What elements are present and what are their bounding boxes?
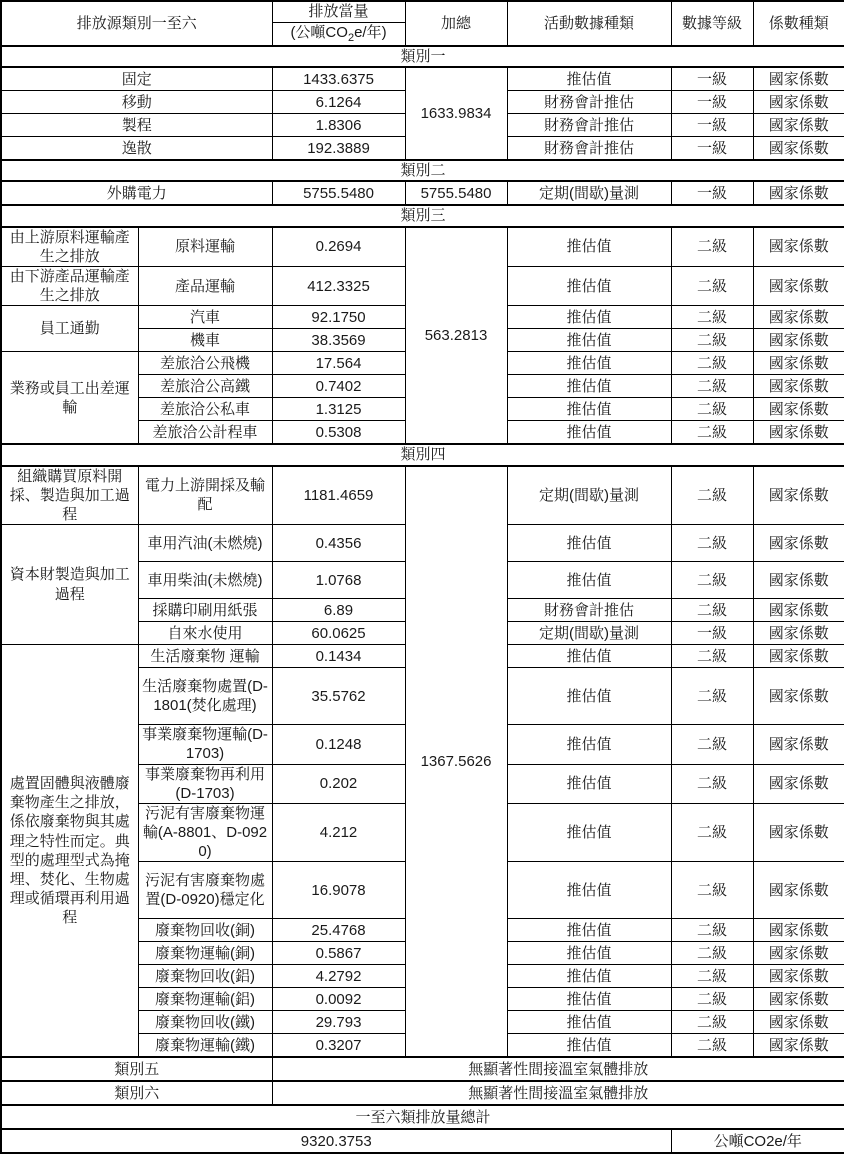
source-item-label: 差旅洽公計程車 [138, 421, 272, 445]
emission-amount: 29.793 [272, 1011, 405, 1034]
source-group-label: 員工通勤 [1, 306, 138, 352]
category-divider-label: 類別三 [1, 205, 844, 226]
emission-amount: 0.2694 [272, 227, 405, 267]
activity-data-type: 推估值 [507, 267, 671, 306]
activity-data-type: 推估值 [507, 562, 671, 599]
coefficient-type: 國家係數 [753, 919, 844, 942]
coefficient-type: 國家係數 [753, 181, 844, 205]
coefficient-type: 國家係數 [753, 942, 844, 965]
source-item-label: 事業廢棄物再利用(D-1703) [138, 764, 272, 803]
coefficient-type: 國家係數 [753, 267, 844, 306]
activity-data-type: 推估值 [507, 525, 671, 562]
emission-amount: 0.202 [272, 764, 405, 803]
category-sum: 1367.5626 [405, 466, 507, 1058]
data-level: 二級 [671, 668, 753, 725]
source-item-label: 車用汽油(未燃燒) [138, 525, 272, 562]
data-level: 二級 [671, 599, 753, 622]
coefficient-type: 國家係數 [753, 764, 844, 803]
data-level: 二級 [671, 645, 753, 668]
activity-data-type: 推估值 [507, 668, 671, 725]
data-level: 二級 [671, 919, 753, 942]
activity-data-type: 推估值 [507, 398, 671, 421]
data-level: 二級 [671, 466, 753, 525]
data-level: 二級 [671, 942, 753, 965]
emission-amount: 1.8306 [272, 114, 405, 137]
category-sum: 563.2813 [405, 227, 507, 445]
coefficient-type: 國家係數 [753, 466, 844, 525]
emission-amount: 0.5308 [272, 421, 405, 445]
data-level: 一級 [671, 137, 753, 161]
source-item-label: 污泥有害廢棄物運輸(A-8801、D-0920) [138, 803, 272, 862]
data-level: 二級 [671, 267, 753, 306]
coefficient-type: 國家係數 [753, 803, 844, 862]
emission-amount: 0.1248 [272, 725, 405, 764]
source-item-label: 廢棄物運輸(銅) [138, 942, 272, 965]
header-row-1: 排放源類別一至六 排放當量 加總 活動數據種類 數據等級 係數種類 [1, 1, 844, 23]
col-header-source: 排放源類別一至六 [1, 1, 272, 46]
emission-amount: 60.0625 [272, 622, 405, 645]
data-level: 二級 [671, 1034, 753, 1058]
activity-data-type: 財務會計推估 [507, 137, 671, 161]
no-significant-emission-note: 無顯著性間接溫室氣體排放 [272, 1081, 844, 1105]
activity-data-type: 推估值 [507, 306, 671, 329]
grand-total-unit: 公噸CO2e/年 [671, 1129, 844, 1153]
source-group-label: 處置固體與液體廢棄物產生之排放，係依廢棄物與其處理之特性而定。典型的處理型式為掩… [1, 645, 138, 1058]
emission-amount: 0.7402 [272, 375, 405, 398]
coefficient-type: 國家係數 [753, 306, 844, 329]
table-row: 類別一 [1, 46, 844, 67]
activity-data-type: 推估值 [507, 942, 671, 965]
activity-data-type: 推估值 [507, 645, 671, 668]
emission-amount: 0.3207 [272, 1034, 405, 1058]
source-item-label: 廢棄物回收(銅) [138, 919, 272, 942]
table-header: 排放源類別一至六 排放當量 加總 活動數據種類 數據等級 係數種類 (公噸CO2… [1, 1, 844, 46]
coefficient-type: 國家係數 [753, 965, 844, 988]
data-level: 二級 [671, 764, 753, 803]
emission-amount: 4.2792 [272, 965, 405, 988]
activity-data-type: 推估值 [507, 862, 671, 919]
category-sum: 5755.5480 [405, 181, 507, 205]
source-item-label: 產品運輸 [138, 267, 272, 306]
table-row: 類別四 [1, 444, 844, 465]
data-level: 二級 [671, 562, 753, 599]
table-row: 9320.3753公噸CO2e/年 [1, 1129, 844, 1153]
emission-amount: 1181.4659 [272, 466, 405, 525]
source-item-label: 差旅洽公私車 [138, 398, 272, 421]
category-divider-label: 類別四 [1, 444, 844, 465]
col-header-level: 數據等級 [671, 1, 753, 46]
coefficient-type: 國家係數 [753, 398, 844, 421]
category-divider-label: 類別一 [1, 46, 844, 67]
activity-data-type: 財務會計推估 [507, 114, 671, 137]
coefficient-type: 國家係數 [753, 668, 844, 725]
emission-amount: 6.89 [272, 599, 405, 622]
emission-amount: 1.0768 [272, 562, 405, 599]
source-item-label: 機車 [138, 329, 272, 352]
source-group-label: 逸散 [1, 137, 272, 161]
source-item-label: 採購印刷用紙張 [138, 599, 272, 622]
emission-amount: 38.3569 [272, 329, 405, 352]
source-item-label: 生活廢棄物 運輸 [138, 645, 272, 668]
no-significant-emission-note: 無顯著性間接溫室氣體排放 [272, 1057, 844, 1081]
coefficient-type: 國家係數 [753, 375, 844, 398]
data-level: 二級 [671, 525, 753, 562]
data-level: 一級 [671, 622, 753, 645]
col-header-amount-unit: (公噸CO2e/年) [272, 23, 405, 47]
data-level: 二級 [671, 725, 753, 764]
emission-amount: 92.1750 [272, 306, 405, 329]
coefficient-type: 國家係數 [753, 1011, 844, 1034]
emission-amount: 35.5762 [272, 668, 405, 725]
source-item-label: 差旅洽公飛機 [138, 352, 272, 375]
emission-amount: 5755.5480 [272, 181, 405, 205]
source-group-label: 移動 [1, 91, 272, 114]
source-group-label: 資本財製造與加工過程 [1, 525, 138, 645]
emission-amount: 17.564 [272, 352, 405, 375]
emission-amount: 1.3125 [272, 398, 405, 421]
source-group-label: 由下游產品運輸產生之排放 [1, 267, 138, 306]
data-level: 二級 [671, 988, 753, 1011]
activity-data-type: 推估值 [507, 764, 671, 803]
source-group-label: 業務或員工出差運輸 [1, 352, 138, 445]
source-item-label: 廢棄物回收(鐵) [138, 1011, 272, 1034]
emission-amount: 1433.6375 [272, 67, 405, 91]
activity-data-type: 財務會計推估 [507, 91, 671, 114]
activity-data-type: 推估值 [507, 352, 671, 375]
coefficient-type: 國家係數 [753, 862, 844, 919]
table-row: 類別三 [1, 205, 844, 226]
emission-amount: 0.1434 [272, 645, 405, 668]
emission-amount: 0.4356 [272, 525, 405, 562]
source-item-label: 廢棄物回收(鋁) [138, 965, 272, 988]
table-row: 組織購買原料開採、製造與加工過程電力上游開採及輸配1181.46591367.5… [1, 466, 844, 525]
table-row: 由上游原料運輸產生之排放原料運輸0.2694563.2813推估值二級國家係數 [1, 227, 844, 267]
coefficient-type: 國家係數 [753, 1034, 844, 1058]
coefficient-type: 國家係數 [753, 525, 844, 562]
data-level: 二級 [671, 965, 753, 988]
col-header-total: 加總 [405, 1, 507, 46]
data-level: 二級 [671, 862, 753, 919]
activity-data-type: 推估值 [507, 919, 671, 942]
emission-amount: 192.3889 [272, 137, 405, 161]
source-item-label: 廢棄物運輸(鐵) [138, 1034, 272, 1058]
data-level: 一級 [671, 67, 753, 91]
coefficient-type: 國家係數 [753, 114, 844, 137]
source-group-label: 由上游原料運輸產生之排放 [1, 227, 138, 267]
col-header-amount: 排放當量 [272, 1, 405, 23]
activity-data-type: 推估值 [507, 1034, 671, 1058]
source-item-label: 污泥有害廢棄物處置(D-0920)穩定化 [138, 862, 272, 919]
coefficient-type: 國家係數 [753, 137, 844, 161]
table-row: 固定1433.63751633.9834推估值一級國家係數 [1, 67, 844, 91]
coefficient-type: 國家係數 [753, 645, 844, 668]
source-item-label: 廢棄物運輸(鋁) [138, 988, 272, 1011]
table-row: 類別六無顯著性間接溫室氣體排放 [1, 1081, 844, 1105]
table-body: 類別一固定1433.63751633.9834推估值一級國家係數移動6.1264… [1, 46, 844, 1153]
table-row: 類別二 [1, 160, 844, 181]
data-level: 一級 [671, 91, 753, 114]
emission-amount: 0.0092 [272, 988, 405, 1011]
activity-data-type: 推估值 [507, 421, 671, 445]
source-item-label: 差旅洽公高鐵 [138, 375, 272, 398]
data-level: 二級 [671, 306, 753, 329]
table-row: 類別五無顯著性間接溫室氣體排放 [1, 1057, 844, 1081]
data-level: 二級 [671, 421, 753, 445]
coefficient-type: 國家係數 [753, 352, 844, 375]
unit-text-pre: (公噸CO [290, 24, 348, 41]
category-divider-label: 類別五 [1, 1057, 272, 1081]
emission-amount: 16.9078 [272, 862, 405, 919]
emission-amount: 4.212 [272, 803, 405, 862]
data-level: 二級 [671, 1011, 753, 1034]
page: 排放源類別一至六 排放當量 加總 活動數據種類 數據等級 係數種類 (公噸CO2… [0, 0, 844, 1154]
activity-data-type: 推估值 [507, 1011, 671, 1034]
data-level: 二級 [671, 398, 753, 421]
activity-data-type: 財務會計推估 [507, 599, 671, 622]
coefficient-type: 國家係數 [753, 599, 844, 622]
category-divider-label: 類別六 [1, 1081, 272, 1105]
coefficient-type: 國家係數 [753, 562, 844, 599]
source-group-label: 組織購買原料開採、製造與加工過程 [1, 466, 138, 525]
data-level: 二級 [671, 227, 753, 267]
activity-data-type: 推估值 [507, 803, 671, 862]
source-item-label: 生活廢棄物處置(D-1801(焚化處理) [138, 668, 272, 725]
activity-data-type: 定期(間歇)量測 [507, 181, 671, 205]
coefficient-type: 國家係數 [753, 622, 844, 645]
data-level: 二級 [671, 329, 753, 352]
source-item-label: 自來水使用 [138, 622, 272, 645]
activity-data-type: 推估值 [507, 329, 671, 352]
activity-data-type: 推估值 [507, 67, 671, 91]
table-row: 一至六類排放量總計 [1, 1105, 844, 1129]
coefficient-type: 國家係數 [753, 227, 844, 267]
coefficient-type: 國家係數 [753, 988, 844, 1011]
grand-total-label: 一至六類排放量總計 [1, 1105, 844, 1129]
col-header-activity: 活動數據種類 [507, 1, 671, 46]
data-level: 一級 [671, 181, 753, 205]
col-header-factor: 係數種類 [753, 1, 844, 46]
coefficient-type: 國家係數 [753, 329, 844, 352]
activity-data-type: 定期(間歇)量測 [507, 622, 671, 645]
activity-data-type: 推估值 [507, 375, 671, 398]
table-row: 外購電力5755.54805755.5480定期(間歇)量測一級國家係數 [1, 181, 844, 205]
source-item-label: 車用柴油(未燃燒) [138, 562, 272, 599]
source-item-label: 汽車 [138, 306, 272, 329]
emission-amount: 0.5867 [272, 942, 405, 965]
data-level: 二級 [671, 803, 753, 862]
coefficient-type: 國家係數 [753, 421, 844, 445]
coefficient-type: 國家係數 [753, 67, 844, 91]
activity-data-type: 推估值 [507, 988, 671, 1011]
emission-amount: 6.1264 [272, 91, 405, 114]
source-group-label: 外購電力 [1, 181, 272, 205]
source-item-label: 電力上游開採及輸配 [138, 466, 272, 525]
emission-amount: 25.4768 [272, 919, 405, 942]
activity-data-type: 推估值 [507, 725, 671, 764]
emission-amount: 412.3325 [272, 267, 405, 306]
source-item-label: 事業廢棄物運輸(D-1703) [138, 725, 272, 764]
category-sum: 1633.9834 [405, 67, 507, 160]
source-group-label: 製程 [1, 114, 272, 137]
data-level: 一級 [671, 114, 753, 137]
activity-data-type: 推估值 [507, 965, 671, 988]
activity-data-type: 推估值 [507, 227, 671, 267]
emission-inventory-table: 排放源類別一至六 排放當量 加總 活動數據種類 數據等級 係數種類 (公噸CO2… [0, 0, 844, 1154]
coefficient-type: 國家係數 [753, 725, 844, 764]
unit-text-post: e/年) [354, 24, 387, 41]
source-group-label: 固定 [1, 67, 272, 91]
data-level: 二級 [671, 375, 753, 398]
source-item-label: 原料運輸 [138, 227, 272, 267]
coefficient-type: 國家係數 [753, 91, 844, 114]
category-divider-label: 類別二 [1, 160, 844, 181]
data-level: 二級 [671, 352, 753, 375]
grand-total-value: 9320.3753 [1, 1129, 671, 1153]
activity-data-type: 定期(間歇)量測 [507, 466, 671, 525]
